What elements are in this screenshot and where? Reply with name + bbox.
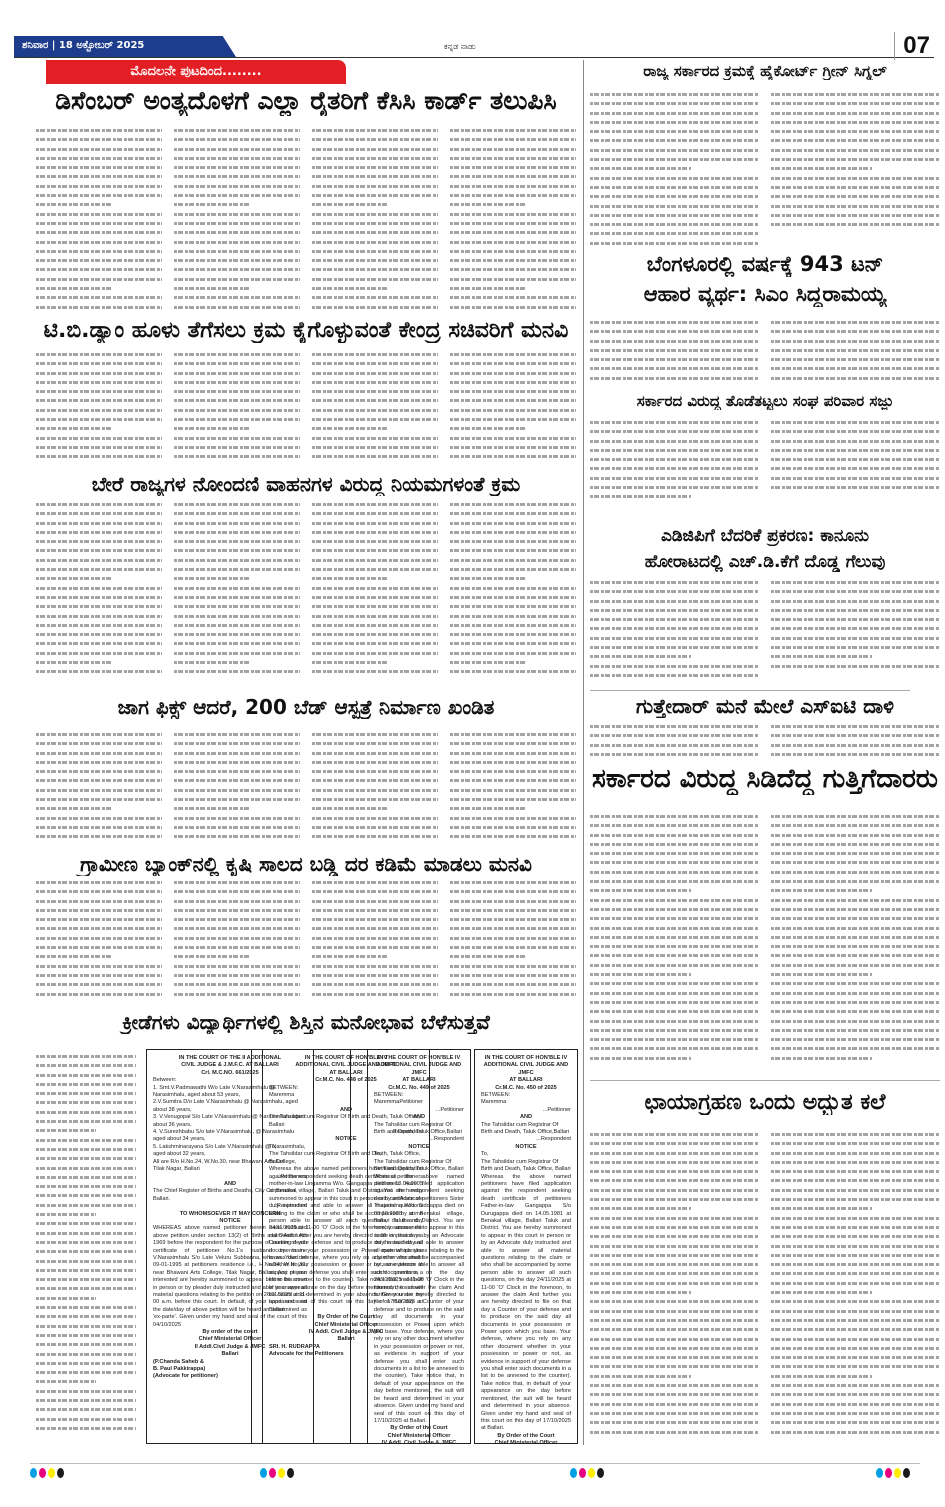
text-column [174, 500, 300, 680]
article-food-waste-body [590, 318, 940, 390]
article-sports-body [36, 1052, 136, 1442]
divider [590, 690, 910, 691]
text-column [590, 418, 759, 510]
headline-hospital: ಜಾಗ ಫಿಕ್ಸ್ ಆದರೆ, 200 ಬೆಡ್ ಆಸ್ಪತ್ರೆ ನಿರ್ಮ… [36, 695, 576, 719]
headline-food-waste-2: ಆಹಾರ ವ್ಯರ್ಥ: ಸಿಎಂ ಸಿದ್ದರಾಮಯ್ಯ [590, 282, 940, 307]
article-tb-dam-body [36, 350, 576, 470]
article-sangh-body [590, 418, 940, 510]
text-column [771, 578, 940, 680]
article-gramin-bank-body [36, 878, 576, 1004]
text-column [312, 500, 438, 680]
headline-high-court: ರಾಜ್ಯ ಸರ್ಕಾರದ ಕ್ರಮಕ್ಕೆ ಹೈಕೋರ್ಟ್ ಗ್ರೀನ್ ಸ… [590, 62, 940, 80]
headline-vehicles: ಬೇರೆ ರಾಜ್ಯಗಳ ನೋಂದಣಿ ವಾಹನಗಳ ವಿರುದ್ಧ ನಿಯಮಗ… [36, 472, 576, 496]
page-number: 07 [894, 32, 930, 60]
divider [590, 1080, 940, 1081]
text-column [590, 812, 759, 1070]
text-column [590, 578, 759, 680]
text-column [36, 1052, 136, 1442]
headline-food-waste-1: ಬೆಂಗಳೂರಲ್ಲಿ ವರ್ಷಕ್ಕೆ 943 ಟನ್ [590, 252, 940, 277]
text-column [312, 126, 438, 316]
headline-adgp-2: ಹೋರಾಟದಲ್ಲಿ ಎಚ್.ಡಿ.ಕೆಗೆ ದೊಡ್ಡ ಗೆಲುವು [590, 552, 940, 572]
footer-rule [30, 1463, 920, 1464]
article-kcc-body [36, 126, 576, 316]
text-column [174, 730, 300, 850]
text-column [450, 730, 576, 850]
paper-name: ಕನ್ನಡ ನಾಡು [444, 42, 476, 52]
article-guttigedar-body [590, 812, 940, 1070]
headline-sit-raid: ಗುತ್ತೇದಾರ್ ಮನೆ ಮೇಲೆ ಎಸ್‌ಐಟಿ ದಾಳಿ [590, 694, 940, 718]
headline-gramin-bank: ಗ್ರಾಮೀಣ ಬ್ಯಾಂಕ್‌ನಲ್ಲಿ ಕೃಷಿ ಸಾಲದ ಬಡ್ಡಿ ದರ… [36, 852, 576, 876]
article-high-court-body [590, 90, 940, 250]
text-column [450, 350, 576, 470]
text-column [450, 878, 576, 1004]
text-column [312, 878, 438, 1004]
headline-sangh: ಸರ್ಕಾರದ ವಿರುದ್ಧ ತೊಡೆತಟ್ಟಲು ಸಂಘ ಪರಿವಾರ ಸಜ… [590, 392, 940, 410]
text-column [590, 722, 759, 762]
text-column [36, 730, 162, 850]
headline-sports: ಕ್ರೀಡೆಗಳು ವಿದ್ಯಾರ್ಥಿಗಳಲ್ಲಿ ಶಿಸ್ತಿನ ಮನೋಭಾ… [36, 1010, 576, 1034]
text-column [771, 812, 940, 1070]
registration-marks [30, 1468, 64, 1478]
text-column [771, 318, 940, 390]
court-notice-450: IN THE COURT OF HON'BLE IV ADDITIONAL CI… [474, 1049, 578, 1444]
registration-marks [260, 1468, 294, 1478]
court-notice-449: IN THE COURT OF HON'BLE IV ADDITIONAL CI… [367, 1049, 471, 1444]
article-photography-body [590, 1130, 940, 1460]
text-column [36, 350, 162, 470]
headline-guttigedar: ಸರ್ಕಾರದ ವಿರುದ್ಧ ಸಿಡಿದೆದ್ದ ಗುತ್ತಿಗೆದಾರರು [590, 764, 940, 795]
text-column [590, 318, 759, 390]
text-column [174, 350, 300, 470]
text-column [174, 878, 300, 1004]
text-column [771, 1130, 940, 1460]
date-tab: ಶನಿವಾರ | 18 ಅಕ್ಟೋಬರ್ 2025 [14, 36, 236, 57]
article-adgp-body [590, 578, 940, 680]
registration-marks [876, 1468, 910, 1478]
text-column [771, 722, 940, 762]
text-column [312, 730, 438, 850]
column-divider [583, 60, 584, 1445]
text-column [36, 878, 162, 1004]
headline-photography: ಛಾಯಾಗ್ರಹಣ ಒಂದು ಅದ್ಭುತ ಕಲೆ [590, 1090, 940, 1115]
text-column [174, 126, 300, 316]
text-column [312, 350, 438, 470]
text-column [771, 418, 940, 510]
article-vehicles-body [36, 500, 576, 680]
text-column [36, 126, 162, 316]
text-column [590, 1130, 759, 1460]
continued-banner: ಮೊದಲನೇ ಪುಟದಿಂದ........ [46, 60, 346, 84]
article-sit-raid-body [590, 722, 940, 762]
text-column [36, 500, 162, 680]
text-column [450, 126, 576, 316]
headline-adgp-1: ಎಡಿಜಿಪಿಗೆ ಬೆದರಿಕೆ ಪ್ರಕರಣ: ಕಾನೂನು [590, 526, 940, 546]
headline-tb-dam: ಟಿ.ಬಿ.ಡ್ಯಾಂ ಹೂಳು ತೆಗೆಸಲು ಕ್ರಮ ಕೈಗೊಳ್ಳುವಂ… [36, 318, 576, 343]
text-column [450, 500, 576, 680]
headline-kcc: ಡಿಸೆಂಬರ್ ಅಂತ್ಯದೊಳಗೆ ಎಲ್ಲಾ ರೈತರಿಗೆ ಕೆಸಿಸಿ… [36, 86, 576, 116]
masthead: ಶನಿವಾರ | 18 ಅಕ್ಟೋಬರ್ 2025 ಕನ್ನಡ ನಾಡು 07 [14, 36, 934, 58]
text-column [590, 90, 759, 250]
text-column [771, 90, 940, 250]
article-hospital-body [36, 730, 576, 850]
registration-marks [570, 1468, 604, 1478]
